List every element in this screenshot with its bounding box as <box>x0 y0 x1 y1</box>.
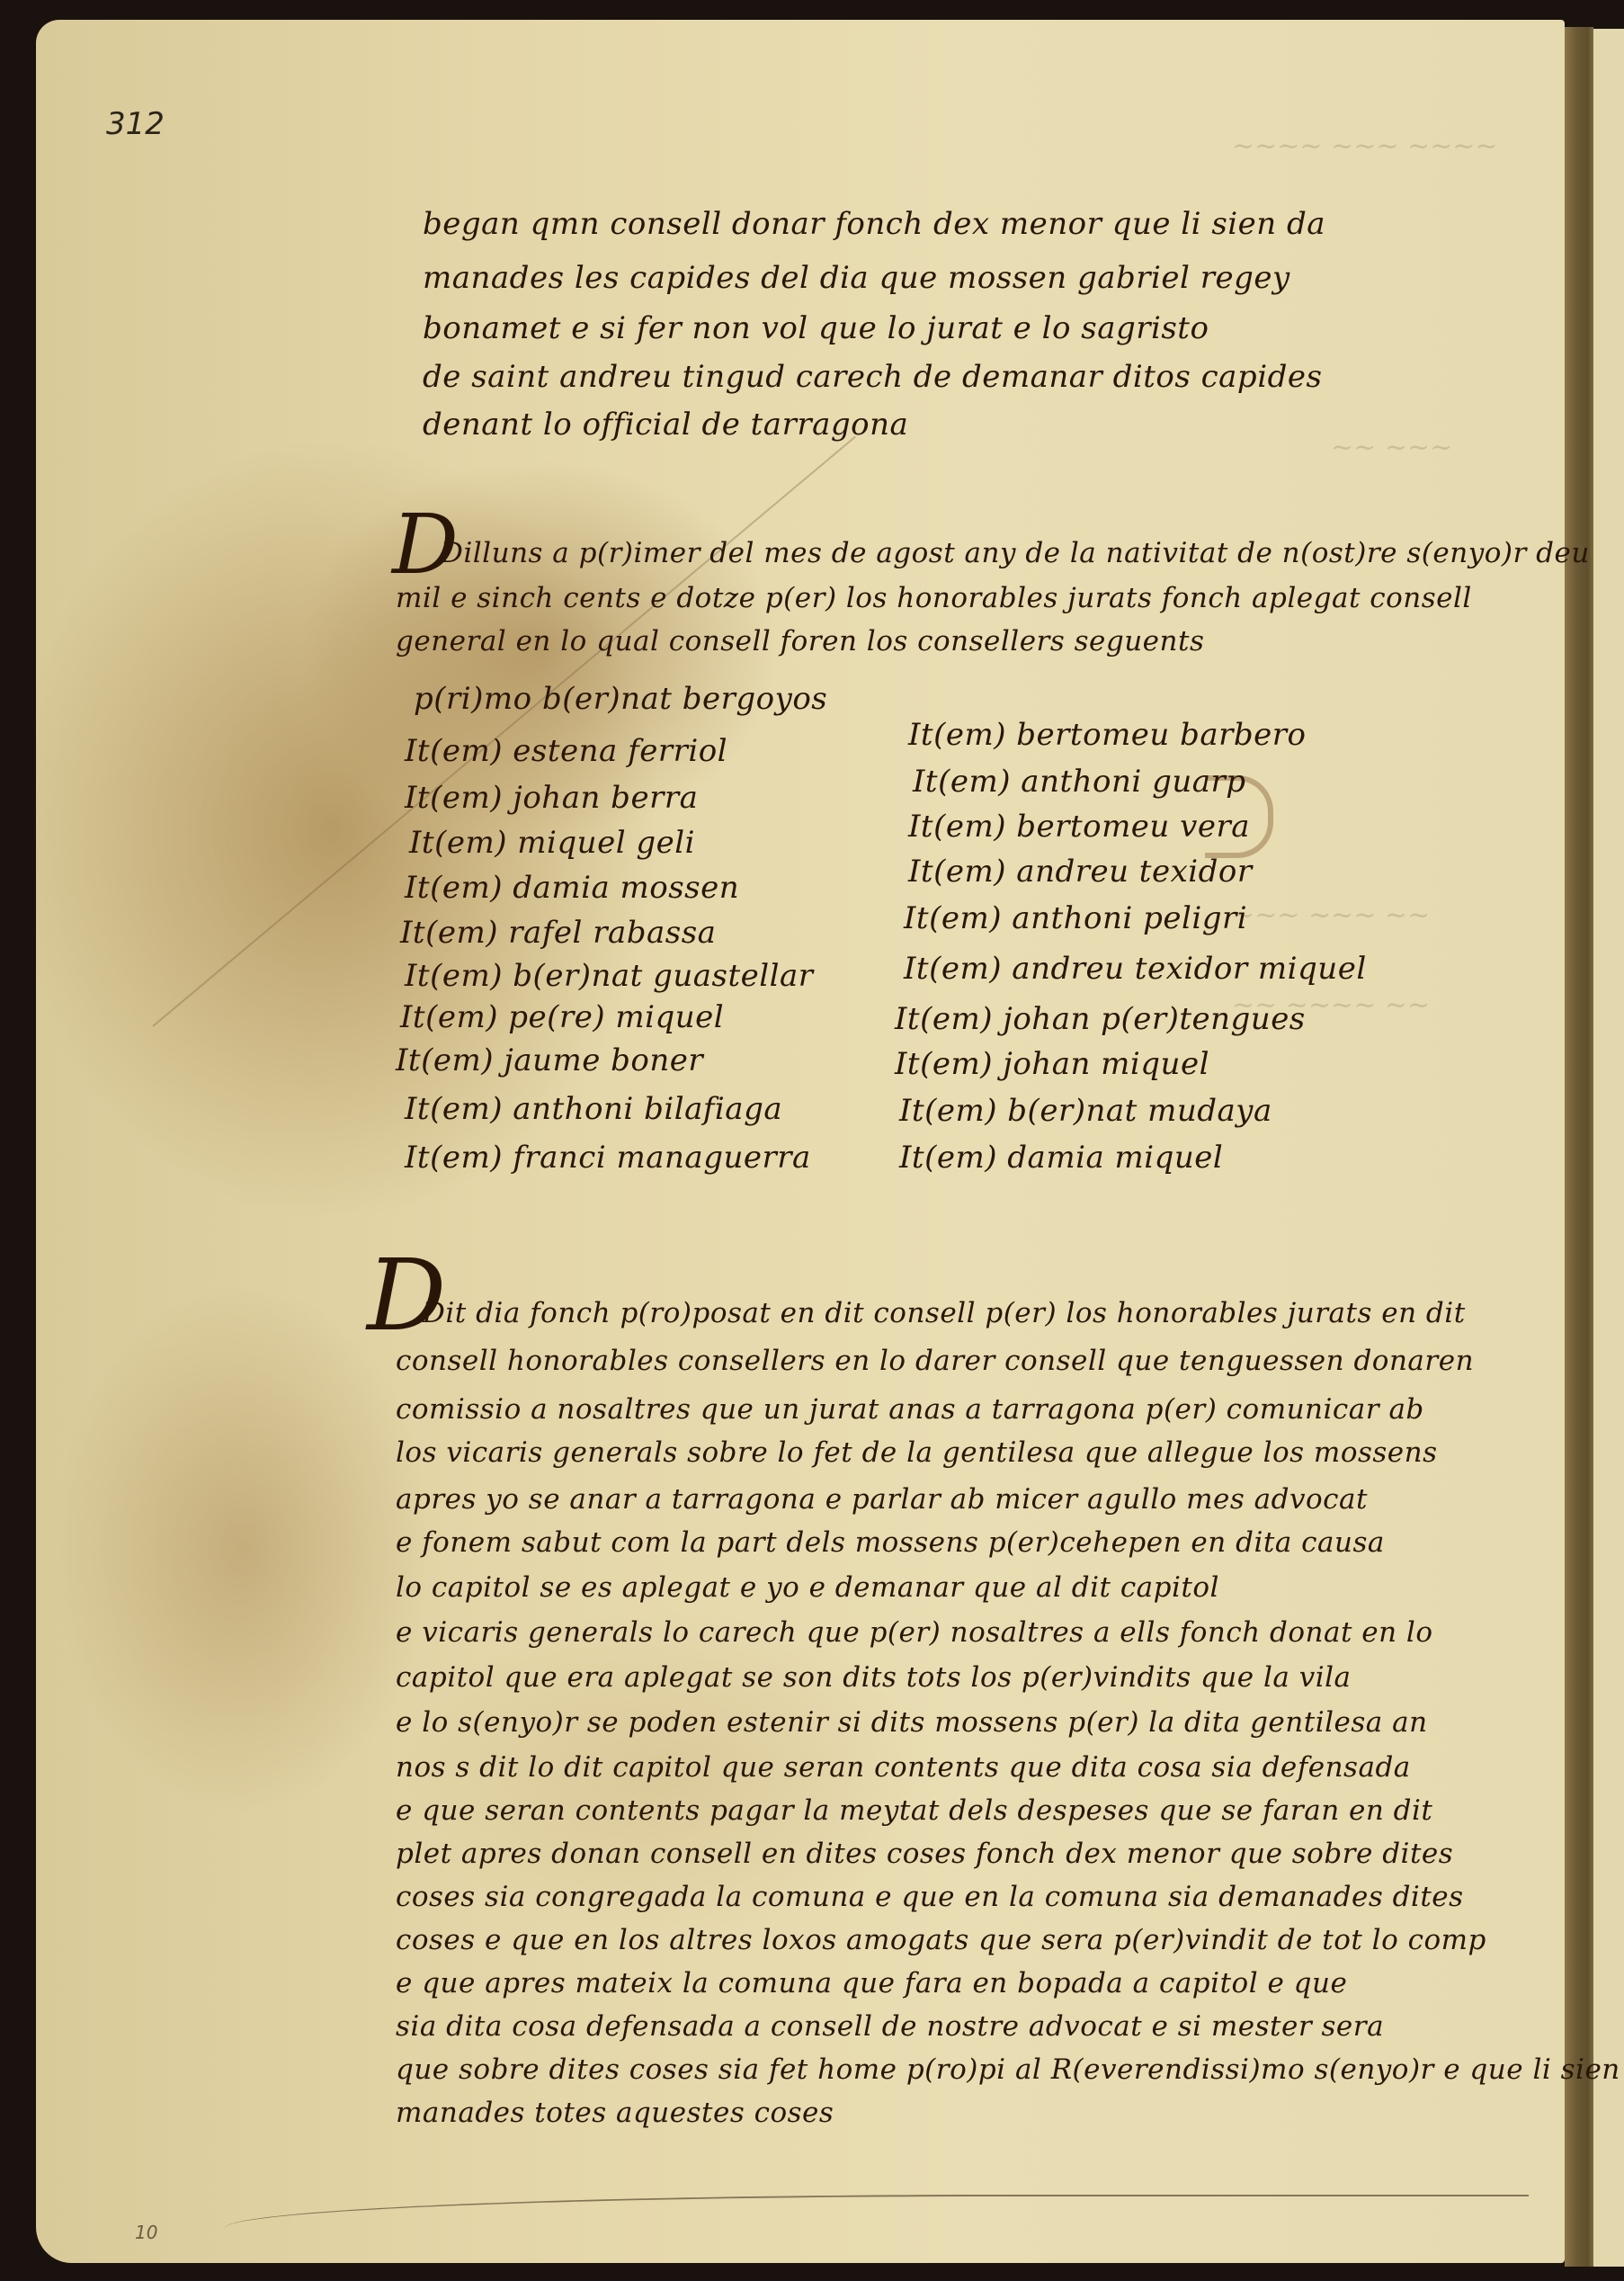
text-line: manades totes aquestes coses <box>396 2099 834 2127</box>
text-line: Dit dia fonch p(ro)posat en dit consell … <box>423 1300 1466 1328</box>
text-line: began qmn consell donar fonch dex menor … <box>423 209 1325 239</box>
text-line: que sobre dites coses sia fet home p(ro)… <box>396 2056 1624 2084</box>
folio-number: 312 <box>106 106 165 142</box>
bleed-through-text: ~~~ ~~~ ~~ <box>1232 899 1430 931</box>
text-line: lo capitol se es aplegat e yo e demanar … <box>396 1574 1219 1602</box>
binding-gutter <box>1565 27 1593 2267</box>
text-line: coses sia congregada la comuna e que en … <box>396 1883 1464 1911</box>
list-item: p(ri)mo b(er)nat bergoyos <box>414 684 827 714</box>
text-line: consell honorables consellers en lo dare… <box>396 1347 1474 1375</box>
list-item: It(em) andreu texidor miquel <box>904 953 1367 984</box>
list-item: It(em) franci managuerra <box>405 1142 811 1173</box>
list-item: It(em) pe(re) miquel <box>400 1002 724 1033</box>
text-line: bonamet e si fer non vol que lo jurat e … <box>423 313 1209 344</box>
list-item: It(em) damia miquel <box>899 1142 1223 1173</box>
text-line: denant lo official de tarragona <box>423 409 908 440</box>
text-line: e que apres mateix la comuna que fara en… <box>396 1970 1347 1998</box>
text-line: capitol que era aplegat se son dits tots… <box>396 1664 1352 1692</box>
list-item: It(em) anthoni peligri <box>904 903 1247 934</box>
text-line: apres yo se anar a tarragona e parlar ab… <box>396 1486 1368 1514</box>
list-item: It(em) damia mossen <box>405 872 739 903</box>
list-item: It(em) johan p(er)tengues <box>895 1004 1306 1034</box>
list-item: It(em) johan miquel <box>895 1049 1209 1079</box>
text-line: e fonem sabut com la part dels mossens p… <box>396 1529 1385 1557</box>
text-line: nos s dit lo dit capitol que seran conte… <box>396 1754 1411 1782</box>
text-line: sia dita cosa defensada a consell de nos… <box>396 2013 1384 2041</box>
text-line: e lo s(enyo)r se poden estenir si dits m… <box>396 1709 1428 1737</box>
initial-letter: D <box>367 1246 446 1345</box>
text-line: manades les capides del dia que mossen g… <box>423 263 1290 293</box>
facing-page-edge <box>1593 29 1624 2267</box>
list-item: It(em) jaume boner <box>396 1045 703 1076</box>
footer-mark: 10 <box>135 2222 157 2243</box>
list-item: It(em) johan berra <box>405 783 698 813</box>
list-item: It(em) estena ferriol <box>405 736 727 766</box>
text-line: Dilluns a p(r)imer del mes de agost any … <box>441 540 1590 568</box>
bleed-through-text: ~~~~ ~~~ ~~~~ <box>1232 130 1498 162</box>
text-line: e vicaris generals lo carech que p(er) n… <box>396 1619 1433 1647</box>
text-line: e que seran contents pagar la meytat del… <box>396 1797 1432 1825</box>
text-line: general en lo qual consell foren los con… <box>396 628 1204 656</box>
bleed-through-text: ~~ ~~~ <box>1331 432 1452 463</box>
list-item: It(em) rafel rabassa <box>400 917 716 948</box>
text-line: los vicaris generals sobre lo fet de la … <box>396 1439 1438 1467</box>
list-item: It(em) b(er)nat mudaya <box>899 1096 1272 1126</box>
list-item: It(em) bertomeu barbero <box>908 720 1307 750</box>
list-item: It(em) b(er)nat guastellar <box>405 961 814 991</box>
list-item: It(em) bertomeu vera <box>908 811 1250 842</box>
text-line: de saint andreu tingud carech de demanar… <box>423 362 1322 392</box>
text-line: comissio a nosaltres que un jurat anas a… <box>396 1396 1424 1424</box>
list-item: It(em) anthoni bilafiaga <box>405 1094 782 1124</box>
list-item: It(em) miquel geli <box>409 827 695 858</box>
list-item: It(em) andreu texidor <box>908 856 1253 887</box>
list-item: It(em) anthoni guarp <box>913 766 1246 797</box>
text-line: mil e sinch cents e dotze p(er) los hono… <box>396 585 1472 613</box>
text-line: coses e que en los altres loxos amogats … <box>396 1927 1486 1955</box>
text-line: plet apres donan consell en dites coses … <box>396 1840 1453 1868</box>
